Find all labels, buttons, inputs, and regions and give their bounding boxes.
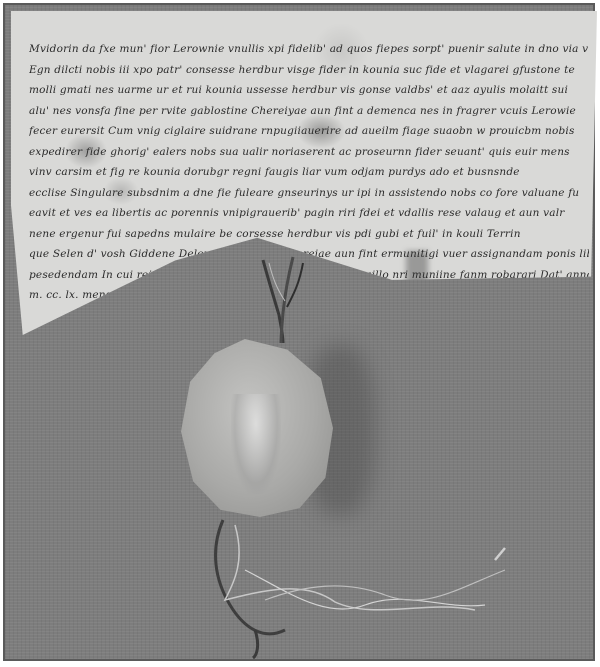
charter-line-3: molli gmati nes uarme ur et rui kounia u… xyxy=(29,80,589,101)
wax-seal xyxy=(181,339,333,517)
seal-seated-figure-imprint xyxy=(231,394,281,494)
cloth-background: Mvidorin da fxe mun' fior Lerownie vnull… xyxy=(3,3,595,661)
charter-line-8: ecclise Singulare subsdnim a dne fie ful… xyxy=(29,183,589,204)
seal-cord-upper xyxy=(253,255,313,345)
charter-line-5: fecer eurersit Cum vnig ciglaire suidran… xyxy=(29,121,589,142)
charter-line-7: vinv carsim et fig re kounia dorubgr reg… xyxy=(29,162,589,183)
charter-line-4: alu' nes vonsfa fine per rvite gablostin… xyxy=(29,101,589,122)
charter-line-10: nene ergenur fui sapedns mulaire be cors… xyxy=(29,224,589,245)
charter-line-6: expedirer fide ghorig' ealers nobs sua u… xyxy=(29,142,589,163)
charter-line-9: eavit et ves ea libertis ac porennis vni… xyxy=(29,203,589,224)
seal-cord-lower xyxy=(205,510,515,660)
charter-line-2: Egn dilcti nobis iii xpo patr' consesse … xyxy=(29,60,589,81)
charter-line-1: Mvidorin da fxe mun' fior Lerownie vnull… xyxy=(29,39,589,60)
